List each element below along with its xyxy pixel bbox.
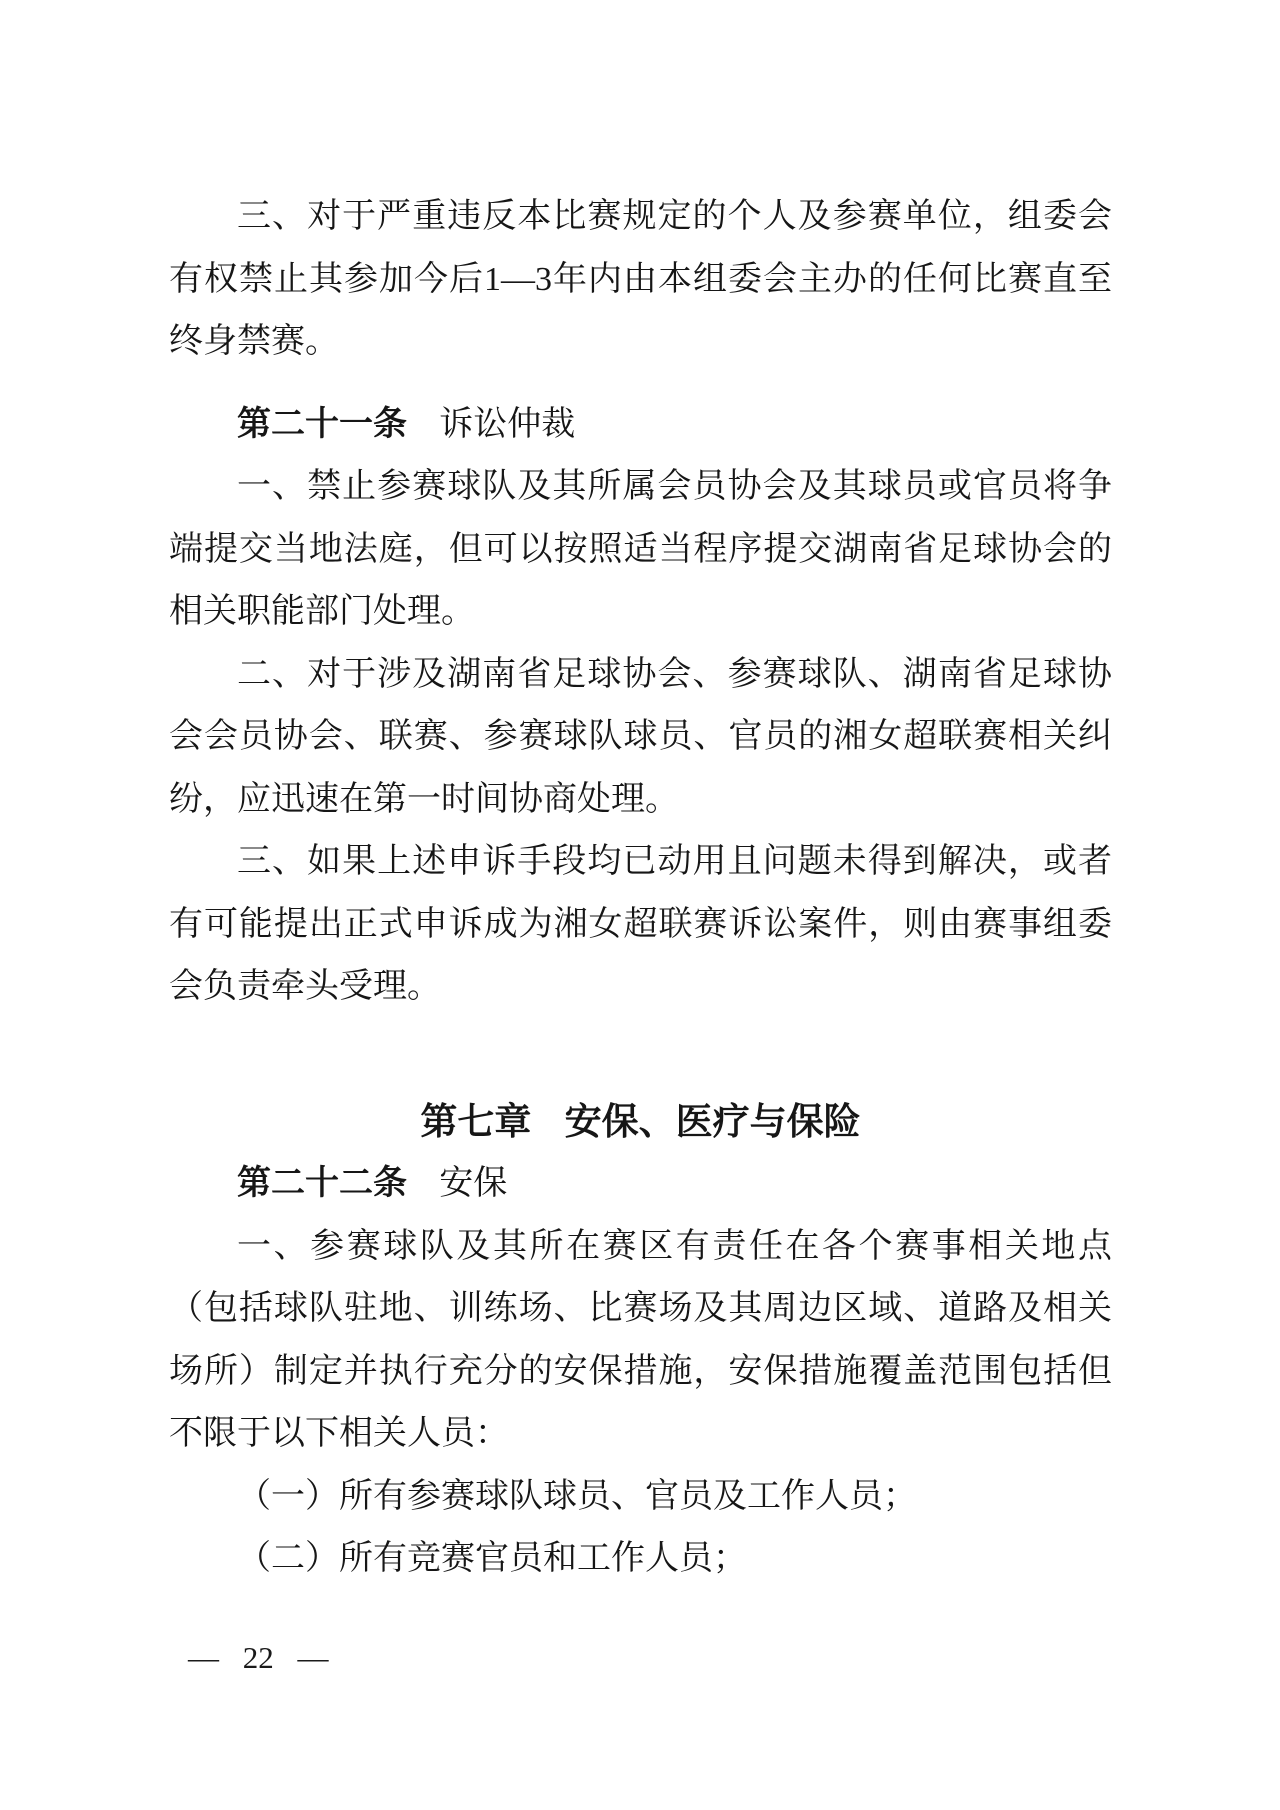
chapter-7-label: 第七章 — [420, 1101, 531, 1142]
article-21-title: 诉讼仲裁 — [439, 406, 575, 443]
chapter-7-title: 安保、医疗与保险 — [565, 1101, 861, 1142]
page-number: — 22 — — [188, 1638, 329, 1678]
chapter-7-heading: 第七章安保、医疗与保险 — [169, 1091, 1112, 1154]
article-22-title: 安保 — [439, 1165, 507, 1202]
article-22-label: 第二十二条 — [237, 1165, 407, 1202]
document-page: 三、对于严重违反本比赛规定的个人及参赛单位，组委会有权禁止其参加今后1—3年内由… — [0, 0, 1280, 1810]
article-21-label: 第二十一条 — [237, 406, 407, 443]
paragraph-litigation-item-1: 一、禁止参赛球队及其所属会员协会及其球员或官员将争端提交当地法庭，但可以按照适当… — [169, 456, 1112, 644]
paragraph-litigation-item-2: 二、对于涉及湖南省足球协会、参赛球队、湖南省足球协会会员协会、联赛、参赛球队球员… — [169, 644, 1112, 832]
article-heading-21: 第二十一条诉讼仲裁 — [169, 394, 1112, 457]
paragraph-security-personnel-1: （一）所有参赛球队球员、官员及工作人员； — [169, 1466, 1112, 1529]
page-content: 三、对于严重违反本比赛规定的个人及参赛单位，组委会有权禁止其参加今后1—3年内由… — [169, 186, 1112, 1591]
paragraph-litigation-item-3: 三、如果上述申诉手段均已动用且问题未得到解决，或者有可能提出正式申诉成为湘女超联… — [169, 831, 1112, 1019]
paragraph-penalty-ban: 三、对于严重违反本比赛规定的个人及参赛单位，组委会有权禁止其参加今后1—3年内由… — [169, 186, 1112, 374]
paragraph-security-personnel-2: （二）所有竞赛官员和工作人员； — [169, 1528, 1112, 1591]
paragraph-security-item-1: 一、参赛球队及其所在赛区有责任在各个赛事相关地点（包括球队驻地、训练场、比赛场及… — [169, 1216, 1112, 1466]
article-heading-22: 第二十二条安保 — [169, 1153, 1112, 1216]
